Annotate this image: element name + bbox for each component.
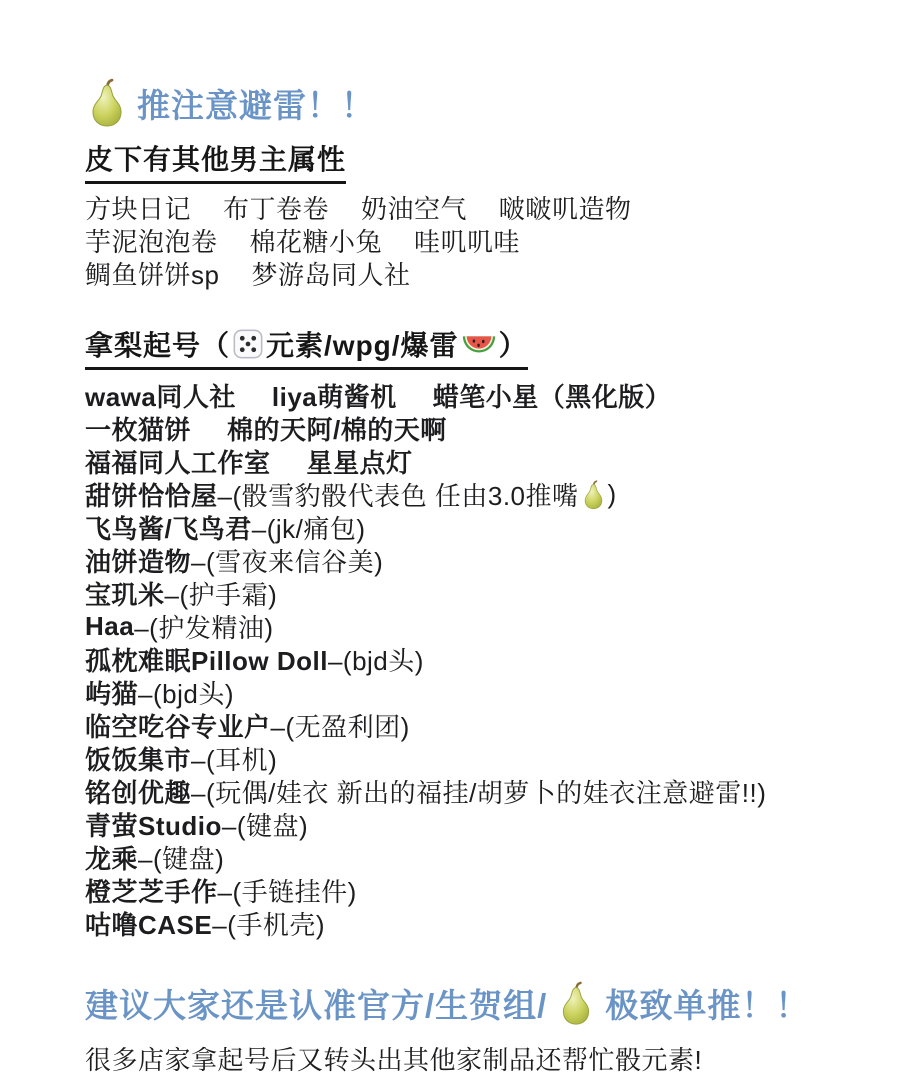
shop-name: wawa同人社 xyxy=(85,377,236,414)
shop-row: 飞鸟酱/飞鸟君–(jk/痛包) xyxy=(85,511,850,544)
watermelon-icon xyxy=(462,332,496,356)
post-page: 推注意避雷！！ 皮下有其他男主属性 方块日记 布丁卷卷 奶油空气 啵啵叽造物 芋… xyxy=(0,0,900,1077)
shop-name: 油饼造物 xyxy=(85,542,191,579)
section-other-attrs: 皮下有其他男主属性 方块日记 布丁卷卷 奶油空气 啵啵叽造物 芋泥泡泡卷 棉花糖… xyxy=(85,138,850,290)
shop-desc: –(bjd头) xyxy=(138,674,234,711)
shop-name: 屿猫 xyxy=(85,674,138,711)
shop-name: 宝玑米 xyxy=(85,575,165,612)
page-title: 推注意避雷！！ xyxy=(85,78,850,128)
shop-row: 青萤Studio–(键盘) xyxy=(85,808,850,841)
shop-row: 龙乘–(键盘) xyxy=(85,841,850,874)
shop-desc-tail: ) xyxy=(608,479,617,510)
pear-icon xyxy=(557,981,595,1026)
footer-advice: 建议大家还是认准官方/生贺组/ 极致单推！！ 很多店家拿起号后又转头出其他家制品… xyxy=(85,980,850,1077)
shop-row: 橙芝芝手作–(手链挂件) xyxy=(85,874,850,907)
shop-desc: –(雪夜来信谷美) xyxy=(191,542,383,579)
shop-row: 油饼造物–(雪夜来信谷美) xyxy=(85,544,850,577)
shop-name: 临空吃谷专业户 xyxy=(85,707,271,744)
shop-row: 临空吃谷专业户–(无盈利团) xyxy=(85,709,850,742)
shop-name: 鲷鱼饼饼sp xyxy=(85,255,219,292)
shop-name: 饭饭集市 xyxy=(85,740,191,777)
shop-name: 星星点灯 xyxy=(307,443,413,480)
shop-name: 一枚猫饼 xyxy=(85,410,191,447)
shop-name: 哇叽叽哇 xyxy=(414,222,520,259)
shop-line: 一枚猫饼 棉的天阿/棉的天啊 xyxy=(85,412,850,445)
shop-desc: –(手机壳) xyxy=(212,905,325,942)
shop-row: 宝玑米–(护手霜) xyxy=(85,577,850,610)
shop-name: 棉花糖小兔 xyxy=(250,222,383,259)
shop-name: 布丁卷卷 xyxy=(223,189,329,226)
shop-desc: –(骰雪豹骰代表色 任由3.0推嘴 xyxy=(218,476,579,513)
shop-desc: –(键盘) xyxy=(222,806,308,843)
section-pear-heading-post: ） xyxy=(499,324,528,364)
pear-icon xyxy=(581,480,606,510)
shop-desc: –(jk/痛包) xyxy=(252,509,366,546)
shop-desc: –(耳机) xyxy=(191,740,277,777)
shop-desc: –(玩偶/娃衣 新出的福挂/胡萝卜的娃衣注意避雷!!) xyxy=(191,773,766,810)
shop-name: 橙芝芝手作 xyxy=(85,872,218,909)
shop-desc: –(护手霜) xyxy=(165,575,278,612)
shop-name: liya萌酱机 xyxy=(272,377,397,414)
shop-name: 方块日记 xyxy=(85,189,191,226)
shop-name: 孤枕难眠Pillow Doll xyxy=(85,641,328,678)
footer-note: 很多店家拿起号后又转头出其他家制品还帮忙骰元素! xyxy=(85,1040,850,1077)
shop-name: 梦游岛同人社 xyxy=(251,255,410,292)
shop-name: 咕噜CASE xyxy=(85,905,212,942)
shop-desc: –(无盈利团) xyxy=(271,707,410,744)
shop-name: Haa xyxy=(85,611,134,642)
shop-name: 奶油空气 xyxy=(361,189,467,226)
dice-icon xyxy=(233,329,263,359)
shop-line: 方块日记 布丁卷卷 奶油空气 啵啵叽造物 xyxy=(85,191,850,224)
shop-row: 咕噜CASE–(手机壳) xyxy=(85,907,850,940)
pear-icon xyxy=(85,78,129,128)
shop-row: Haa–(护发精油) xyxy=(85,610,850,643)
section-pear-shops: 拿梨起号（ 元素/wpg/爆雷 ） wawa同人社 liya萌酱机 蜡笔小星（黑… xyxy=(85,324,850,940)
shop-name: 青萤Studio xyxy=(85,806,222,843)
shop-line: wawa同人社 liya萌酱机 蜡笔小星（黑化版） xyxy=(85,379,850,412)
shop-desc: –(护发精油) xyxy=(134,608,273,645)
footer-heading: 建议大家还是认准官方/生贺组/ 极致单推！！ xyxy=(85,980,850,1027)
section-pear-heading-pre: 拿梨起号（ xyxy=(85,324,230,364)
shop-row: 屿猫–(bjd头) xyxy=(85,676,850,709)
page-title-text: 推注意避雷！！ xyxy=(137,80,375,127)
shop-desc: –(bjd头) xyxy=(328,641,424,678)
footer-heading-post: 极致单推！！ xyxy=(605,980,809,1027)
shop-desc: –(手链挂件) xyxy=(218,872,357,909)
shop-desc: –(键盘) xyxy=(138,839,224,876)
shop-line: 芋泥泡泡卷 棉花糖小兔 哇叽叽哇 xyxy=(85,224,850,257)
shop-row: 甜饼恰恰屋–(骰雪豹骰代表色 任由3.0推嘴 ) xyxy=(85,478,850,511)
shop-name: 蜡笔小星（黑化版） xyxy=(433,377,672,414)
shop-row: 孤枕难眠Pillow Doll–(bjd头) xyxy=(85,643,850,676)
shop-name: 福福同人工作室 xyxy=(85,443,271,480)
shop-name: 飞鸟酱/飞鸟君 xyxy=(85,509,252,546)
section-pear-heading-mid: 元素/wpg/爆雷 xyxy=(266,324,459,364)
shop-row: 饭饭集市–(耳机) xyxy=(85,742,850,775)
section-pear-heading: 拿梨起号（ 元素/wpg/爆雷 ） xyxy=(85,324,528,370)
footer-heading-pre: 建议大家还是认准官方/生贺组/ xyxy=(85,980,547,1027)
shop-name: 铭创优趣 xyxy=(85,773,191,810)
shop-name: 甜饼恰恰屋 xyxy=(85,476,218,513)
shop-line: 福福同人工作室 星星点灯 xyxy=(85,445,850,478)
shop-name: 芋泥泡泡卷 xyxy=(85,222,218,259)
shop-name: 啵啵叽造物 xyxy=(499,189,632,226)
shop-row: 铭创优趣–(玩偶/娃衣 新出的福挂/胡萝卜的娃衣注意避雷!!) xyxy=(85,775,850,808)
shop-name: 龙乘 xyxy=(85,839,138,876)
shop-line: 鲷鱼饼饼sp 梦游岛同人社 xyxy=(85,257,850,290)
section-other-attrs-heading: 皮下有其他男主属性 xyxy=(85,138,346,184)
shop-name: 棉的天阿/棉的天啊 xyxy=(227,410,447,447)
